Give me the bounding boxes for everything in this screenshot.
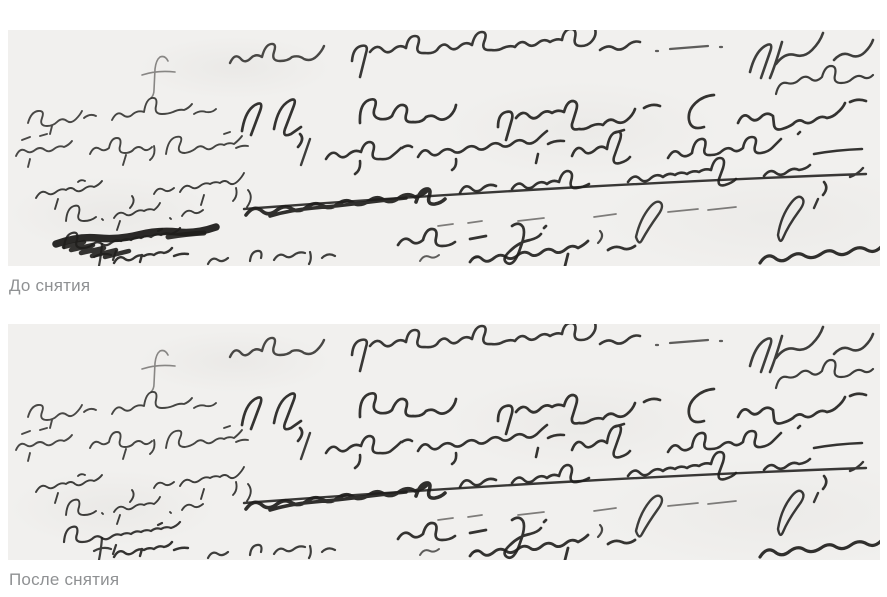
- page: До снятия После снятия: [0, 0, 887, 597]
- manuscript-image-after: [8, 324, 880, 560]
- manuscript-image-before: [8, 30, 880, 266]
- manuscript-figure-before: До снятия: [8, 30, 880, 297]
- figure-caption-before: До снятия: [9, 275, 880, 297]
- manuscript-scan-after: [8, 324, 880, 560]
- manuscript-scan-before: [8, 30, 880, 266]
- figure-caption-after: После снятия: [9, 569, 880, 591]
- manuscript-figure-after: После снятия: [8, 324, 880, 591]
